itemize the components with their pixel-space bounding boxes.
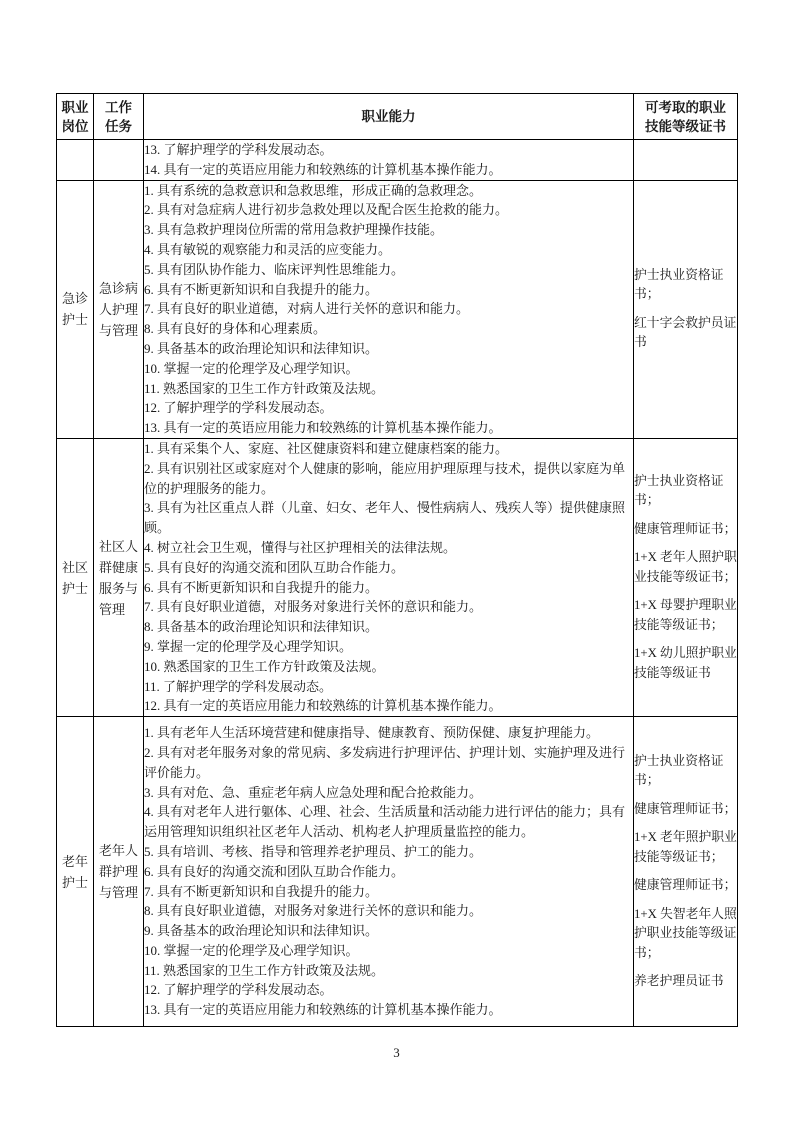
certificate-item: 1+X 幼儿照护职业技能等级证书 xyxy=(634,644,737,683)
table-row: 老年护士老年人群护理与管理1. 具有老年人生活环境营建和健康指导、健康教育、预防… xyxy=(57,717,738,1027)
ability-item: 7. 具有良好的职业道德，对病人进行关怀的意识和能力。 xyxy=(144,299,633,319)
ability-item: 12. 了解护理学的学科发展动态。 xyxy=(144,398,633,418)
header-lines: 职业能力 xyxy=(362,107,416,126)
header-row: 职业岗位工作任务职业能力可考取的职业技能等级证书 xyxy=(57,94,738,140)
task-line: 群护理 xyxy=(99,861,138,882)
ability-item: 2. 具有识别社区或家庭对个人健康的影响，能应用护理原理与技术，提供以家庭为单位… xyxy=(144,459,633,499)
ability-item: 7. 具有不断更新知识和自我提升的能力。 xyxy=(144,882,633,902)
certificate-item: 1+X 母婴护理职业技能等级证书； xyxy=(634,596,737,635)
ability-item: 8. 具备基本的政治理论知识和法律知识。 xyxy=(144,617,633,637)
certificate-item: 养老护理员证书 xyxy=(634,972,737,992)
ability-item: 11. 了解护理学的学科发展动态。 xyxy=(144,677,633,697)
table-row: 13. 了解护理学的学科发展动态。14. 具有一定的英语应用能力和较熟练的计算机… xyxy=(57,140,738,181)
position-line: 护士 xyxy=(62,309,88,330)
certificate-item: 护士执业资格证书； xyxy=(634,752,737,791)
position-line: 老年 xyxy=(62,851,88,872)
ability-item: 13. 具有一定的英语应用能力和较熟练的计算机基本操作能力。 xyxy=(144,418,633,438)
header-line: 任务 xyxy=(105,117,132,136)
ability-item: 11. 熟悉国家的卫生工作方针政策及法规。 xyxy=(144,379,633,399)
certificates-cell: 护士执业资格证书；红十字会救护员证书 xyxy=(634,180,738,438)
header-cell-ability: 职业能力 xyxy=(144,94,634,140)
ability-item: 10. 掌握一定的伦理学及心理学知识。 xyxy=(144,941,633,961)
ability-item: 1. 具有系统的急救意识和急救思维，形成正确的急救理念。 xyxy=(144,181,633,201)
certificate-item: 护士执业资格证书； xyxy=(634,472,737,511)
table-row: 社区护士社区人群健康服务与管理1. 具有采集个人、家庭、社区健康资料和建立健康档… xyxy=(57,438,738,716)
position-cell: 老年护士 xyxy=(57,717,94,1027)
ability-item: 9. 具备基本的政治理论知识和法律知识。 xyxy=(144,921,633,941)
abilities-cell: 1. 具有系统的急救意识和急救思维，形成正确的急救理念。2. 具有对急症病人进行… xyxy=(144,180,634,438)
task-line: 与管理 xyxy=(99,882,138,903)
task-line: 管理 xyxy=(99,599,138,620)
certificate-item: 健康管理师证书； xyxy=(634,520,737,540)
ability-item: 8. 具有良好职业道德，对服务对象进行关怀的意识和能力。 xyxy=(144,901,633,921)
ability-item: 6. 具有不断更新知识和自我提升的能力。 xyxy=(144,280,633,300)
certificate-item: 1+X 失智老年人照护职业技能等级证书； xyxy=(634,905,737,964)
position-line: 护士 xyxy=(62,872,88,893)
ability-item: 1. 具有老年人生活环境营建和健康指导、健康教育、预防保健、康复护理能力。 xyxy=(144,723,633,743)
table-header: 职业岗位工作任务职业能力可考取的职业技能等级证书 xyxy=(57,94,738,140)
ability-item: 13. 具有一定的英语应用能力和较熟练的计算机基本操作能力。 xyxy=(144,1000,633,1020)
ability-item: 11. 熟悉国家的卫生工作方针政策及法规。 xyxy=(144,961,633,981)
certificates-cell: 护士执业资格证书；健康管理师证书；1+X 老年人照护职业技能等级证书；1+X 母… xyxy=(634,438,738,716)
header-line: 工作 xyxy=(105,98,132,117)
header-lines: 职业岗位 xyxy=(62,98,89,136)
header-line: 可考取的职业 xyxy=(645,98,726,117)
header-lines: 可考取的职业技能等级证书 xyxy=(645,98,726,136)
task-lines: 社区人群健康服务与管理 xyxy=(99,536,138,620)
ability-item: 5. 具有培训、考核、指导和管理养老护理员、护工的能力。 xyxy=(144,842,633,862)
header-line: 职业 xyxy=(62,98,89,117)
ability-item: 3. 具有对危、急、重症老年病人应急处理和配合抢救能力。 xyxy=(144,783,633,803)
position-lines: 急诊护士 xyxy=(62,288,88,330)
task-line: 急诊病 xyxy=(99,278,138,299)
ability-item: 2. 具有对急症病人进行初步急救处理以及配合医生抢救的能力。 xyxy=(144,200,633,220)
ability-item: 6. 具有良好的沟通交流和团队互助合作能力。 xyxy=(144,862,633,882)
ability-item: 9. 具备基本的政治理论知识和法律知识。 xyxy=(144,339,633,359)
position-cell: 社区护士 xyxy=(57,438,94,716)
position-cell: 急诊护士 xyxy=(57,180,94,438)
ability-item: 4. 树立社会卫生观，懂得与社区护理相关的法律法规。 xyxy=(144,538,633,558)
certificate-item: 健康管理师证书； xyxy=(634,876,737,896)
ability-item: 1. 具有采集个人、家庭、社区健康资料和建立健康档案的能力。 xyxy=(144,439,633,459)
certificate-item: 红十字会救护员证书 xyxy=(634,314,737,353)
position-lines: 老年护士 xyxy=(62,851,88,893)
ability-item: 5. 具有良好的沟通交流和团队互助合作能力。 xyxy=(144,558,633,578)
abilities-cell: 1. 具有老年人生活环境营建和健康指导、健康教育、预防保健、康复护理能力。2. … xyxy=(144,717,634,1027)
task-line: 群健康 xyxy=(99,557,138,578)
task-line: 老年人 xyxy=(99,840,138,861)
ability-item: 10. 掌握一定的伦理学及心理学知识。 xyxy=(144,359,633,379)
ability-item: 6. 具有不断更新知识和自我提升的能力。 xyxy=(144,578,633,598)
table-row: 急诊护士急诊病人护理与管理1. 具有系统的急救意识和急救思维，形成正确的急救理念… xyxy=(57,180,738,438)
task-lines: 急诊病人护理与管理 xyxy=(99,278,138,341)
header-line: 技能等级证书 xyxy=(645,117,726,136)
task-lines: 老年人群护理与管理 xyxy=(99,840,138,903)
page-number: 3 xyxy=(0,1045,793,1061)
ability-item: 12. 具有一定的英语应用能力和较熟练的计算机基本操作能力。 xyxy=(144,696,633,716)
ability-item: 9. 掌握一定的伦理学及心理学知识。 xyxy=(144,637,633,657)
ability-item: 12. 了解护理学的学科发展动态。 xyxy=(144,980,633,1000)
ability-item: 5. 具有团队协作能力、临床评判性思维能力。 xyxy=(144,260,633,280)
header-line: 岗位 xyxy=(62,117,89,136)
position-line: 急诊 xyxy=(62,288,88,309)
ability-item: 13. 了解护理学的学科发展动态。 xyxy=(144,140,633,160)
certificate-item: 1+X 老年照护职业技能等级证书； xyxy=(634,828,737,867)
certificate-item: 健康管理师证书； xyxy=(634,800,737,820)
header-cell-certificates: 可考取的职业技能等级证书 xyxy=(634,94,738,140)
ability-item: 4. 具有敏锐的观察能力和灵活的应变能力。 xyxy=(144,240,633,260)
task-line: 与管理 xyxy=(99,320,138,341)
task-line: 社区人 xyxy=(99,536,138,557)
position-line: 社区 xyxy=(62,557,88,578)
header-lines: 工作任务 xyxy=(105,98,132,136)
task-line: 服务与 xyxy=(99,578,138,599)
task-cell: 老年人群护理与管理 xyxy=(94,717,144,1027)
ability-item: 3. 具有急救护理岗位所需的常用急救护理操作技能。 xyxy=(144,220,633,240)
task-cell: 急诊病人护理与管理 xyxy=(94,180,144,438)
task-cell: 社区人群健康服务与管理 xyxy=(94,438,144,716)
position-lines: 社区护士 xyxy=(62,557,88,599)
certificates-cell: 护士执业资格证书；健康管理师证书；1+X 老年照护职业技能等级证书；健康管理师证… xyxy=(634,717,738,1027)
ability-item: 14. 具有一定的英语应用能力和较熟练的计算机基本操作能力。 xyxy=(144,160,633,180)
document-page: 职业岗位工作任务职业能力可考取的职业技能等级证书 13. 了解护理学的学科发展动… xyxy=(0,0,793,1122)
ability-item: 10. 熟悉国家的卫生工作方针政策及法规。 xyxy=(144,657,633,677)
ability-item: 7. 具有良好职业道德，对服务对象进行关怀的意识和能力。 xyxy=(144,597,633,617)
certificate-item: 1+X 老年人照护职业技能等级证书； xyxy=(634,548,737,587)
certificate-item: 护士执业资格证书； xyxy=(634,266,737,305)
task-cell xyxy=(94,140,144,181)
header-cell-position: 职业岗位 xyxy=(57,94,94,140)
header-cell-task: 工作任务 xyxy=(94,94,144,140)
ability-item: 4. 具有对老年人进行躯体、心理、社会、生活质量和活动能力进行评估的能力；具有运… xyxy=(144,802,633,842)
position-line: 护士 xyxy=(62,578,88,599)
abilities-cell: 13. 了解护理学的学科发展动态。14. 具有一定的英语应用能力和较熟练的计算机… xyxy=(144,140,634,181)
task-line: 人护理 xyxy=(99,299,138,320)
abilities-cell: 1. 具有采集个人、家庭、社区健康资料和建立健康档案的能力。2. 具有识别社区或… xyxy=(144,438,634,716)
position-cell xyxy=(57,140,94,181)
header-line: 职业能力 xyxy=(362,107,416,126)
occupation-capability-table: 职业岗位工作任务职业能力可考取的职业技能等级证书 13. 了解护理学的学科发展动… xyxy=(56,93,738,1027)
ability-item: 3. 具有为社区重点人群（儿童、妇女、老年人、慢性病病人、残疾人等）提供健康照顾… xyxy=(144,498,633,538)
certificates-cell xyxy=(634,140,738,181)
ability-item: 8. 具有良好的身体和心理素质。 xyxy=(144,319,633,339)
table-body: 13. 了解护理学的学科发展动态。14. 具有一定的英语应用能力和较熟练的计算机… xyxy=(57,140,738,1027)
ability-item: 2. 具有对老年服务对象的常见病、多发病进行护理评估、护理计划、实施护理及进行评… xyxy=(144,743,633,783)
